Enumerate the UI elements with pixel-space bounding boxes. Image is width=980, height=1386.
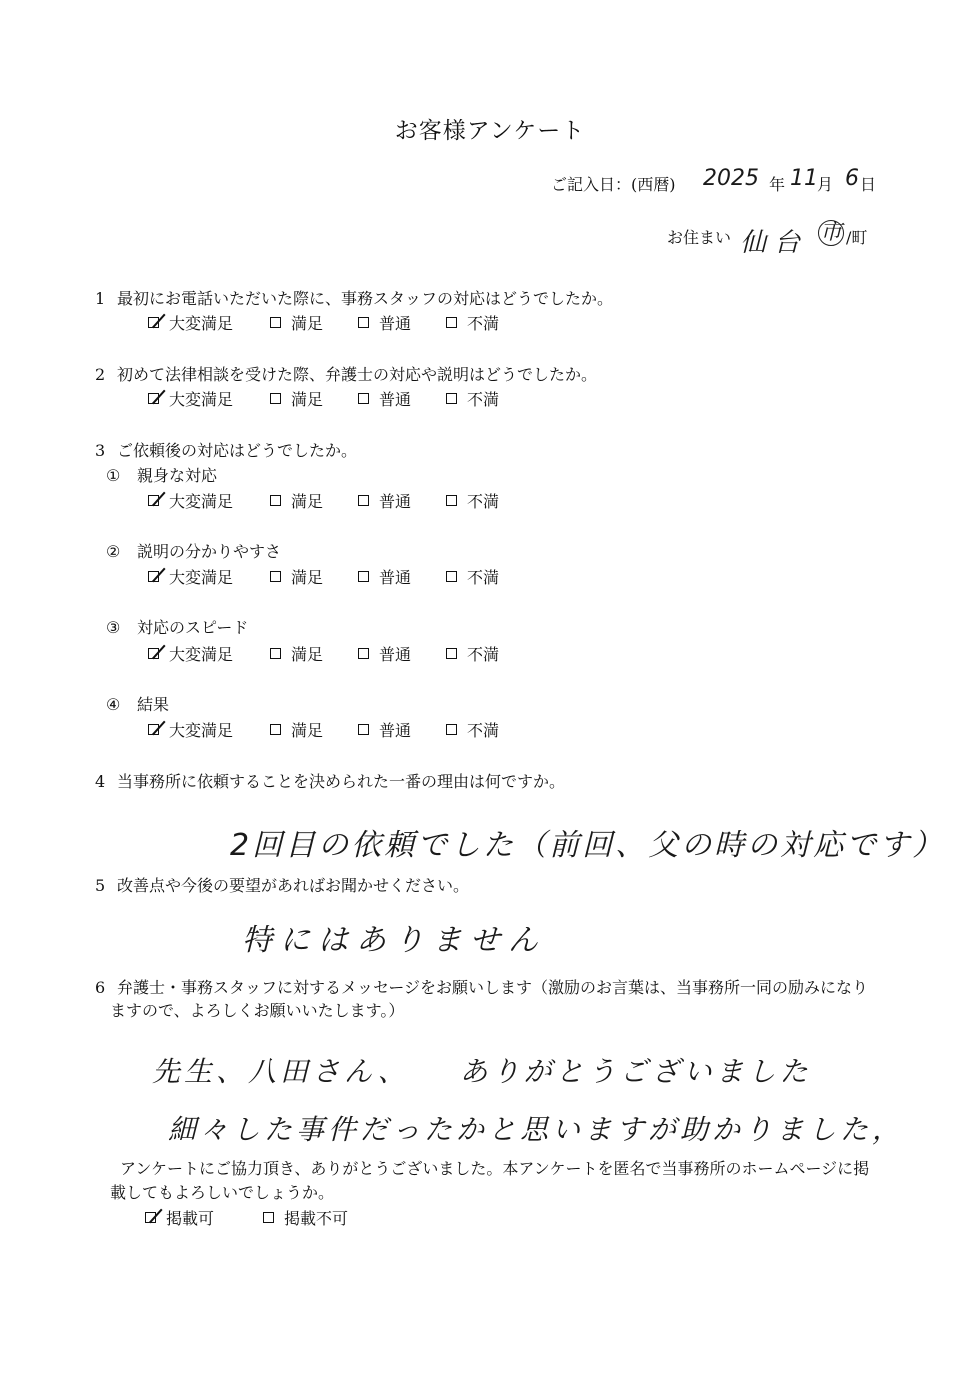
option-neutral[interactable]: 普通 bbox=[358, 311, 446, 334]
question-text: 初めて法律相談を受けた際、弁護士の対応や説明はどうでしたか。 bbox=[117, 365, 597, 384]
option-neutral[interactable]: 普通 bbox=[358, 642, 446, 665]
checkbox-checked-icon[interactable] bbox=[148, 317, 159, 328]
option-publish-allowed[interactable]: 掲載可 bbox=[145, 1206, 263, 1229]
option-satisfied[interactable]: 満足 bbox=[270, 718, 358, 741]
question-3: 3ご依頼後の対応はどうでしたか。 bbox=[95, 438, 357, 461]
option-neutral[interactable]: 普通 bbox=[358, 718, 446, 741]
rating-group-q3-1: 大変満足 満足 普通 不満 bbox=[148, 489, 499, 512]
checkbox-icon[interactable] bbox=[446, 495, 457, 506]
question-number: 5 bbox=[95, 876, 117, 895]
question-number: 3 bbox=[95, 441, 117, 460]
checkbox-icon[interactable] bbox=[270, 648, 281, 659]
address-city-circled[interactable]: 市 bbox=[818, 220, 844, 246]
subquestion-3-2: ②説明の分かりやすさ bbox=[106, 539, 281, 562]
question-text-line1: 弁護士・事務スタッフに対するメッセージをお願いします（激励のお言葉は、当事務所一… bbox=[117, 978, 868, 997]
date-day[interactable]: 6 bbox=[845, 166, 859, 191]
option-neutral[interactable]: 普通 bbox=[358, 387, 446, 410]
checkbox-icon[interactable] bbox=[358, 571, 369, 582]
option-very-satisfied[interactable]: 大変満足 bbox=[148, 489, 270, 512]
subquestion-3-1: ①親身な対応 bbox=[106, 463, 217, 486]
question-text: 最初にお電話いただいた際に、事務スタッフの対応はどうでしたか。 bbox=[117, 289, 613, 308]
question-number: 6 bbox=[95, 978, 117, 997]
publish-consent-group: 掲載可 掲載不可 bbox=[145, 1206, 348, 1229]
address-label: お住まい bbox=[667, 225, 731, 248]
month-unit: 月 bbox=[817, 172, 833, 195]
question-4: 4当事務所に依頼することを決められた一番の理由は何ですか。 bbox=[95, 769, 565, 792]
option-satisfied[interactable]: 満足 bbox=[270, 642, 358, 665]
checkbox-icon[interactable] bbox=[358, 495, 369, 506]
checkbox-icon[interactable] bbox=[446, 393, 457, 404]
day-unit: 日 bbox=[860, 172, 876, 195]
date-year[interactable]: 2025 bbox=[703, 166, 759, 191]
rating-group-q3-4: 大変満足 満足 普通 不満 bbox=[148, 718, 499, 741]
rating-group-q3-3: 大変満足 満足 普通 不満 bbox=[148, 642, 499, 665]
closing-line2: 載してもよろしいでしょうか。 bbox=[110, 1180, 334, 1203]
checkbox-icon[interactable] bbox=[270, 393, 281, 404]
subquestion-3-3: ③対応のスピード bbox=[106, 615, 248, 638]
question-text: ご依頼後の対応はどうでしたか。 bbox=[117, 441, 357, 460]
option-dissatisfied[interactable]: 不満 bbox=[446, 642, 499, 665]
question-text: 改善点や今後の要望があればお聞かせください。 bbox=[117, 876, 469, 895]
checkbox-icon[interactable] bbox=[446, 317, 457, 328]
checkbox-checked-icon[interactable] bbox=[145, 1212, 156, 1223]
checkbox-checked-icon[interactable] bbox=[148, 648, 159, 659]
question-number: 2 bbox=[95, 365, 117, 384]
option-neutral[interactable]: 普通 bbox=[358, 489, 446, 512]
option-publish-not-allowed[interactable]: 掲載不可 bbox=[263, 1206, 348, 1229]
checkbox-checked-icon[interactable] bbox=[148, 724, 159, 735]
option-very-satisfied[interactable]: 大変満足 bbox=[148, 311, 270, 334]
option-very-satisfied[interactable]: 大変満足 bbox=[148, 387, 270, 410]
option-satisfied[interactable]: 満足 bbox=[270, 387, 358, 410]
checkbox-checked-icon[interactable] bbox=[148, 495, 159, 506]
checkbox-icon[interactable] bbox=[358, 648, 369, 659]
page-title: お客様アンケート bbox=[0, 112, 980, 145]
answer-q4[interactable]: 2回目の依頼でした（前回、父の時の対応です） bbox=[230, 820, 945, 864]
question-text: 当事務所に依頼することを決められた一番の理由は何ですか。 bbox=[117, 772, 565, 791]
answer-q6-line1[interactable]: 先生、八田さん、 ありがとうございました bbox=[152, 1050, 812, 1090]
checkbox-icon[interactable] bbox=[270, 317, 281, 328]
checkbox-icon[interactable] bbox=[270, 495, 281, 506]
address-value[interactable]: 仙台 bbox=[740, 222, 808, 259]
checkbox-icon[interactable] bbox=[358, 724, 369, 735]
answer-q6-line2[interactable]: 細々した事件だったかと思いますが助かりました， bbox=[168, 1108, 904, 1148]
option-dissatisfied[interactable]: 不満 bbox=[446, 311, 499, 334]
date-label: ご記入日：(西暦) bbox=[551, 172, 676, 195]
option-satisfied[interactable]: 満足 bbox=[270, 565, 358, 588]
closing-line1: アンケートにご協力頂き、ありがとうございました。本アンケートを匿名で当事務所のホ… bbox=[120, 1156, 869, 1179]
checkbox-icon[interactable] bbox=[270, 724, 281, 735]
subquestion-3-4: ④結果 bbox=[106, 692, 169, 715]
checkbox-icon[interactable] bbox=[358, 317, 369, 328]
question-6-line2: ますので、よろしくお願いいたします。） bbox=[110, 998, 404, 1021]
checkbox-icon[interactable] bbox=[270, 571, 281, 582]
question-number: 4 bbox=[95, 772, 117, 791]
checkbox-checked-icon[interactable] bbox=[148, 393, 159, 404]
option-neutral[interactable]: 普通 bbox=[358, 565, 446, 588]
question-6: 6弁護士・事務スタッフに対するメッセージをお願いします（激励のお言葉は、当事務所… bbox=[95, 975, 868, 998]
question-number: 1 bbox=[95, 289, 117, 308]
address-suffix: /町 bbox=[846, 225, 867, 248]
option-dissatisfied[interactable]: 不満 bbox=[446, 489, 499, 512]
option-dissatisfied[interactable]: 不満 bbox=[446, 387, 499, 410]
rating-group-q3-2: 大変満足 満足 普通 不満 bbox=[148, 565, 499, 588]
question-5: 5改善点や今後の要望があればお聞かせください。 bbox=[95, 873, 469, 896]
rating-group-q1: 大変満足 満足 普通 不満 bbox=[148, 311, 499, 334]
option-very-satisfied[interactable]: 大変満足 bbox=[148, 718, 270, 741]
question-1: 1最初にお電話いただいた際に、事務スタッフの対応はどうでしたか。 bbox=[95, 286, 613, 309]
checkbox-icon[interactable] bbox=[358, 393, 369, 404]
rating-group-q2: 大変満足 満足 普通 不満 bbox=[148, 387, 499, 410]
checkbox-checked-icon[interactable] bbox=[148, 571, 159, 582]
question-2: 2初めて法律相談を受けた際、弁護士の対応や説明はどうでしたか。 bbox=[95, 362, 597, 385]
option-very-satisfied[interactable]: 大変満足 bbox=[148, 642, 270, 665]
checkbox-icon[interactable] bbox=[446, 724, 457, 735]
option-very-satisfied[interactable]: 大変満足 bbox=[148, 565, 270, 588]
option-satisfied[interactable]: 満足 bbox=[270, 489, 358, 512]
checkbox-icon[interactable] bbox=[446, 571, 457, 582]
year-unit: 年 bbox=[769, 172, 785, 195]
option-dissatisfied[interactable]: 不満 bbox=[446, 565, 499, 588]
option-satisfied[interactable]: 満足 bbox=[270, 311, 358, 334]
checkbox-icon[interactable] bbox=[446, 648, 457, 659]
option-dissatisfied[interactable]: 不満 bbox=[446, 718, 499, 741]
checkbox-icon[interactable] bbox=[263, 1212, 274, 1223]
answer-q5[interactable]: 特にはありません bbox=[242, 915, 546, 959]
date-month[interactable]: 11 bbox=[790, 166, 818, 191]
